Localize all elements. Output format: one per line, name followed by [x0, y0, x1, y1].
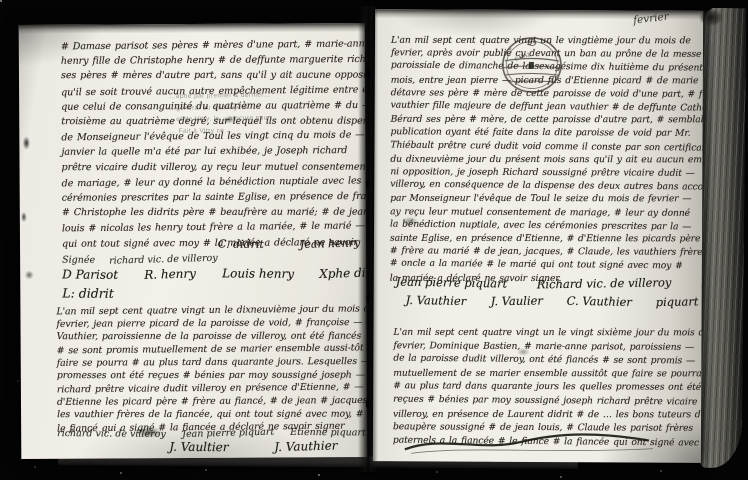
signature: C. didrit	[218, 238, 264, 251]
stamp-center-mark	[529, 62, 534, 69]
signature-row: J. VaultierJ. Vauthier	[57, 439, 363, 455]
signature: J. Vauthier	[406, 293, 467, 308]
manuscript-line: sainte Eglise, en présence d'Etienne, # …	[390, 232, 700, 246]
manuscript-line: janvier la quelle m'a été par lui exhibé…	[61, 143, 361, 160]
manuscript-line: L'an mil sept cent quatre vingt un le vi…	[393, 326, 697, 340]
signature: piquart	[656, 294, 699, 309]
signature: L: didrit	[62, 285, 114, 300]
signature-row: Signéerichard vic. de villeroy	[62, 253, 360, 266]
signature: Jean pierre piquart	[182, 427, 274, 440]
signatures-block-left-1: C. didritJean henrySignéerichard vic. de…	[62, 253, 360, 301]
margin-note-month: fevrier	[633, 11, 670, 27]
record-marriage-parisot-henry: # Damase parisot ses pères # mères d'une…	[61, 37, 362, 252]
signature: C. Vauthier	[566, 294, 631, 309]
signatures-block-right-1: Jean pierre piquartRichard vic. de ville…	[396, 275, 696, 309]
manuscript-line: mutuellement de se marier ensemble aussi…	[393, 367, 697, 381]
manuscript-line: de mariage, # leur ay donné la bénédicti…	[62, 173, 362, 191]
signature: J. Vaulier	[490, 293, 542, 308]
binding-gutter	[358, 6, 378, 472]
signature-row: D ParisotR. henryLouis henryXphe didrit	[62, 266, 360, 282]
manuscript-line: que celui de consanguinité du quatrième …	[61, 98, 361, 115]
signature-row: C. didritJean henry	[62, 237, 360, 252]
signature-row: richard vic. de villeroyJean pierre piqu…	[57, 427, 363, 440]
right-page: fevrier L'an mil sept cent quatre vingt …	[373, 9, 703, 463]
signature: richard vic. de villeroy	[109, 253, 218, 267]
manuscript-line: # Damase parisot ses pères # mères d'une…	[61, 36, 361, 54]
manuscript-line: fevrier, jean pierre picard de la parois…	[56, 316, 362, 331]
signature: Richard vic. de villeroy	[537, 275, 672, 291]
manuscript-line: qu'il se soit trouvé aucun autre empêche…	[61, 82, 361, 100]
manuscript-line: faire se pourra # au plus tard dans quar…	[57, 355, 363, 370]
manuscript-line: par Monseigneur l'évêque de Toul le seiz…	[390, 192, 700, 206]
manuscript-line: d'Etienne les picard père # frère au fia…	[57, 394, 363, 409]
signature: J. Vaultier	[169, 440, 228, 454]
signature: D Parisot	[62, 267, 118, 281]
signature-row: Jean pierre piquartRichard vic. de ville…	[396, 275, 696, 291]
dust-specks	[0, 0, 2, 2]
manuscript-line: reçues # bénies par moy soussigné joseph…	[393, 393, 697, 410]
ink-flourish	[401, 427, 673, 458]
ink-smudge	[699, 9, 723, 26]
signature: R. henry	[144, 266, 196, 281]
manuscript-line: villeroy, en présence de Laurent didrit …	[393, 407, 697, 421]
manuscript-line: de la paroisse dudit villeroy, ont été f…	[393, 352, 697, 369]
signature: richard vic. de villeroy	[57, 428, 166, 440]
manuscript-line: henry fille de Christophe henry # de def…	[61, 52, 361, 69]
signature: Jean pierre piquart	[396, 274, 508, 290]
circular-official-stamp: · CHAL ·	[499, 34, 565, 96]
page-stack-fore-edge	[696, 8, 747, 468]
manuscript-line: Bérard ses père # mère, de cette paroiss…	[391, 113, 701, 127]
manuscript-line: du dixneuvième jour du présent mois sans…	[390, 153, 700, 167]
left-page: …aphé par premier & dernier……général au …	[19, 23, 368, 459]
signature: J. Vauthier	[274, 438, 338, 454]
signature-row: L: didrit	[62, 284, 360, 301]
manuscript-line: cérémonies prescrites par la sainte Egli…	[62, 189, 362, 206]
manuscript-line: de Monseigneur l'évêque de Toul les ving…	[61, 128, 361, 146]
signature: Signée	[62, 255, 95, 266]
manuscript-line: # oncle a la mariée # le marié qui ont t…	[390, 257, 700, 273]
signature: Jean henry	[300, 236, 361, 251]
signature: Louis henry	[222, 266, 294, 281]
signature-row: J. VauthierJ. VaulierC. Vauthierpiquart	[396, 293, 696, 309]
signature: Etienne piquart	[290, 427, 366, 439]
manuscript-line: prêtre vicaire dudit villeroy, ay reçu l…	[62, 159, 362, 175]
record-betrothal-picard-vauthier: L'an mil sept cent quatre vingt un le di…	[56, 303, 363, 435]
register-scan: …aphé par premier & dernier……général au …	[0, 0, 748, 480]
signatures-block-left-2: richard vic. de villeroyJean pierre piqu…	[57, 427, 363, 455]
manuscript-line: ses pères # mères d'autre part, sans qu'…	[61, 68, 361, 84]
